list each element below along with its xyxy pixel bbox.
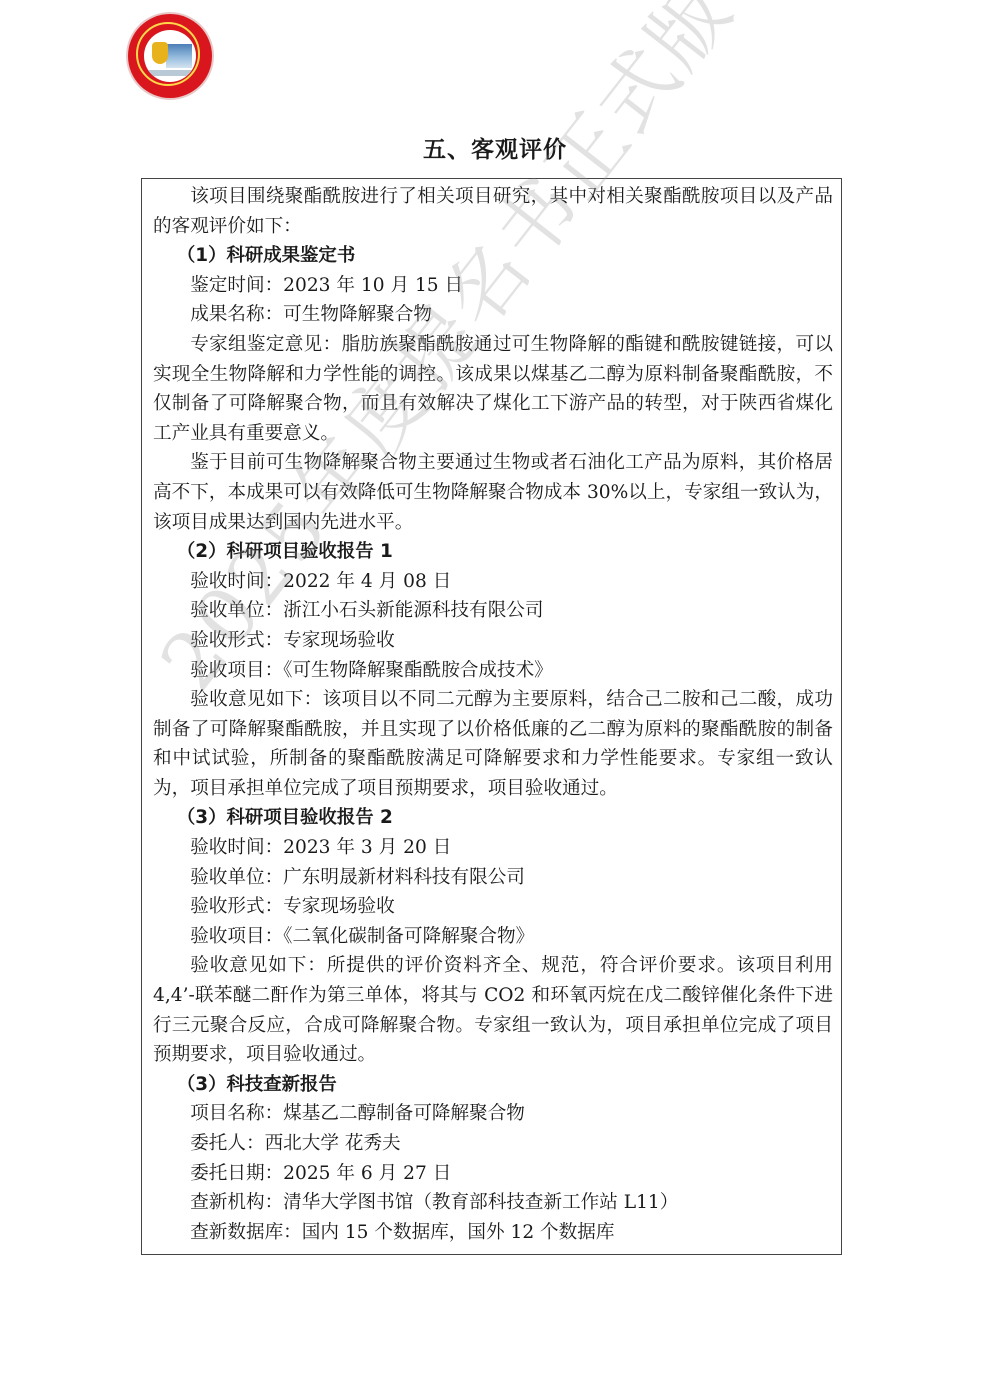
opinion-paragraph: 验收意见如下：该项目以不同二元醇为主要原料，结合己二胺和己二酸，成功制备了可降解… <box>153 685 833 803</box>
section-heading: （1）科研成果鉴定书 <box>153 241 833 271</box>
field-line: 委托日期：2025 年 6 月 27 日 <box>153 1159 833 1189</box>
building-icon <box>166 44 192 68</box>
field-line: 验收时间：2022 年 4 月 08 日 <box>153 567 833 597</box>
opinion-paragraph: 专家组鉴定意见：脂肪族聚酯酰胺通过可生物降解的酯键和酰胺键链接，可以实现全生物降… <box>153 330 833 448</box>
opinion-paragraph: 鉴于目前可生物降解聚合物主要通过生物或者石油化工产品为原料，其价格居高不下，本成… <box>153 448 833 537</box>
field-line: 项目名称：煤基乙二醇制备可降解聚合物 <box>153 1099 833 1129</box>
field-line: 验收形式：专家现场验收 <box>153 626 833 656</box>
field-line: 委托人：西北大学 花秀夫 <box>153 1129 833 1159</box>
field-line: 查新机构：清华大学图书馆（教育部科技查新工作站 L11） <box>153 1188 833 1218</box>
field-line: 鉴定时间：2023 年 10 月 15 日 <box>153 271 833 301</box>
field-line: 验收单位：浙江小石头新能源科技有限公司 <box>153 596 833 626</box>
section-heading: （2）科研项目验收报告 1 <box>153 537 833 567</box>
evaluation-box: 该项目围绕聚酯酰胺进行了相关项目研究，其中对相关聚酯酰胺项目以及产品的客观评价如… <box>141 178 842 1255</box>
field-line: 验收项目：《二氧化碳制备可降解聚合物》 <box>153 922 833 952</box>
intro-paragraph: 该项目围绕聚酯酰胺进行了相关项目研究，其中对相关聚酯酰胺项目以及产品的客观评价如… <box>153 182 833 241</box>
field-line: 验收项目：《可生物降解聚酯酰胺合成技术》 <box>153 656 833 686</box>
field-line: 成果名称：可生物降解聚合物 <box>153 300 833 330</box>
organization-seal-logo <box>128 14 212 98</box>
seal-emblem-icon <box>144 30 196 82</box>
trophy-icon <box>152 42 168 64</box>
seal-base <box>148 70 192 76</box>
opinion-paragraph: 验收意见如下：所提供的评价资料齐全、规范，符合评价要求。该项目利用 4,4’-联… <box>153 951 833 1069</box>
evaluation-content: 该项目围绕聚酯酰胺进行了相关项目研究，其中对相关聚酯酰胺项目以及产品的客观评价如… <box>153 182 833 1247</box>
section-heading: （3）科技查新报告 <box>153 1070 833 1100</box>
section-title: 五、客观评价 <box>0 131 990 164</box>
field-line: 验收单位：广东明晟新材料科技有限公司 <box>153 863 833 893</box>
field-line: 验收形式：专家现场验收 <box>153 892 833 922</box>
field-line: 查新数据库：国内 15 个数据库，国外 12 个数据库 <box>153 1218 833 1248</box>
section-heading: （3）科研项目验收报告 2 <box>153 803 833 833</box>
field-line: 验收时间：2023 年 3 月 20 日 <box>153 833 833 863</box>
